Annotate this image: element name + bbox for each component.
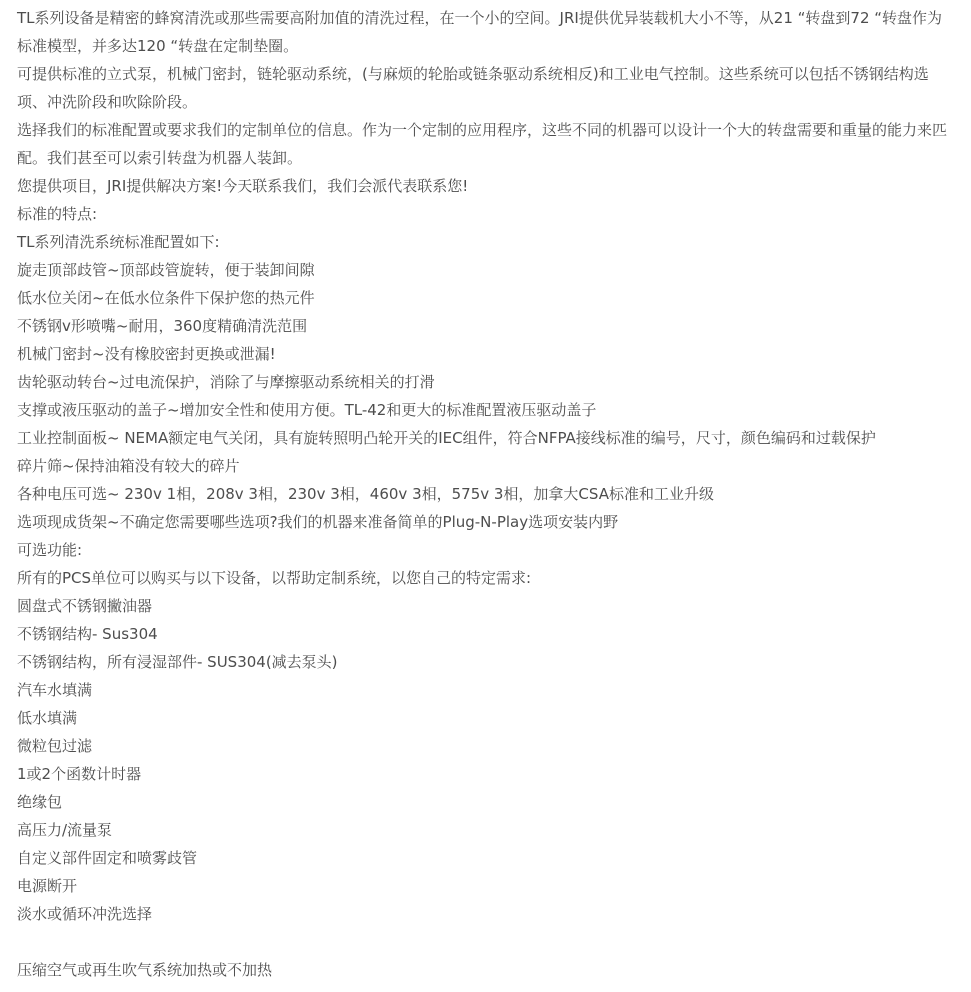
option-item: 低水填满 (17, 704, 953, 732)
feature-item: 机械门密封~没有橡胶密封更换或泄漏! (17, 340, 953, 368)
option-item: 汽车水填满 (17, 676, 953, 704)
option-item: 微粒包过滤 (17, 732, 953, 760)
feature-item: 不锈钢v形喷嘴~耐用，360度精确清洗范围 (17, 312, 953, 340)
feature-item: 支撑或液压驱动的盖子~增加安全性和使用方便。TL-42和更大的标准配置液压驱动盖… (17, 396, 953, 424)
feature-item: 碎片筛~保持油箱没有较大的碎片 (17, 452, 953, 480)
feature-item: 各种电压可选~ 230v 1相，208v 3相，230v 3相，460v 3相，… (17, 480, 953, 508)
option-item: 圆盘式不锈钢撇油器 (17, 592, 953, 620)
option-item: 绝缘包 (17, 788, 953, 816)
option-item: 高压力/流量泵 (17, 816, 953, 844)
page: TL系列设备是精密的蜂窝清洗或那些需要高附加值的清洗过程，在一个小的空间。JRI… (0, 0, 971, 992)
feature-item: 选项现成货架~不确定您需要哪些选项?我们的机器来准备简单的Plug-N-Play… (17, 508, 953, 536)
heading-standard-features: 标准的特点: (17, 200, 953, 228)
option-item: 不锈钢结构，所有浸湿部件- SUS304(减去泵头) (17, 648, 953, 676)
feature-item: 齿轮驱动转台~过电流保护，消除了与摩擦驱动系统相关的打滑 (17, 368, 953, 396)
feature-item: 低水位关闭~在低水位条件下保护您的热元件 (17, 284, 953, 312)
paragraph-optional-intro: 所有的PCS单位可以购买与以下设备，以帮助定制系统，以您自己的特定需求: (17, 564, 953, 592)
heading-standard-config: TL系列清洗系统标准配置如下: (17, 228, 953, 256)
paragraph-intro-3: 选择我们的标准配置或要求我们的定制单位的信息。作为一个定制的应用程序，这些不同的… (17, 116, 953, 172)
paragraph-intro-2: 可提供标准的立式泵，机械门密封，链轮驱动系统，(与麻烦的轮胎或链条驱动系统相反)… (17, 60, 953, 116)
option-item: 淡水或循环冲洗选择 (17, 900, 953, 928)
option-item: 1或2个函数计时器 (17, 760, 953, 788)
option-item: 电源断开 (17, 872, 953, 900)
option-item: 不锈钢结构- Sus304 (17, 620, 953, 648)
feature-item: 旋走顶部歧管~顶部歧管旋转，便于装卸间隙 (17, 256, 953, 284)
paragraph-contact: 您提供项目，JRI提供解决方案!今天联系我们，我们会派代表联系您! (17, 172, 953, 200)
heading-optional-features: 可选功能: (17, 536, 953, 564)
feature-item: 工业控制面板~ NEMA额定电气关闭，具有旋转照明凸轮开关的IEC组件，符合NF… (17, 424, 953, 452)
paragraph-intro-1: TL系列设备是精密的蜂窝清洗或那些需要高附加值的清洗过程，在一个小的空间。JRI… (17, 4, 953, 60)
article-body: TL系列设备是精密的蜂窝清洗或那些需要高附加值的清洗过程，在一个小的空间。JRI… (0, 0, 971, 992)
option-item: 自定义部件固定和喷雾歧管 (17, 844, 953, 872)
option-item: 压缩空气或再生吹气系统加热或不加热 (17, 956, 953, 984)
